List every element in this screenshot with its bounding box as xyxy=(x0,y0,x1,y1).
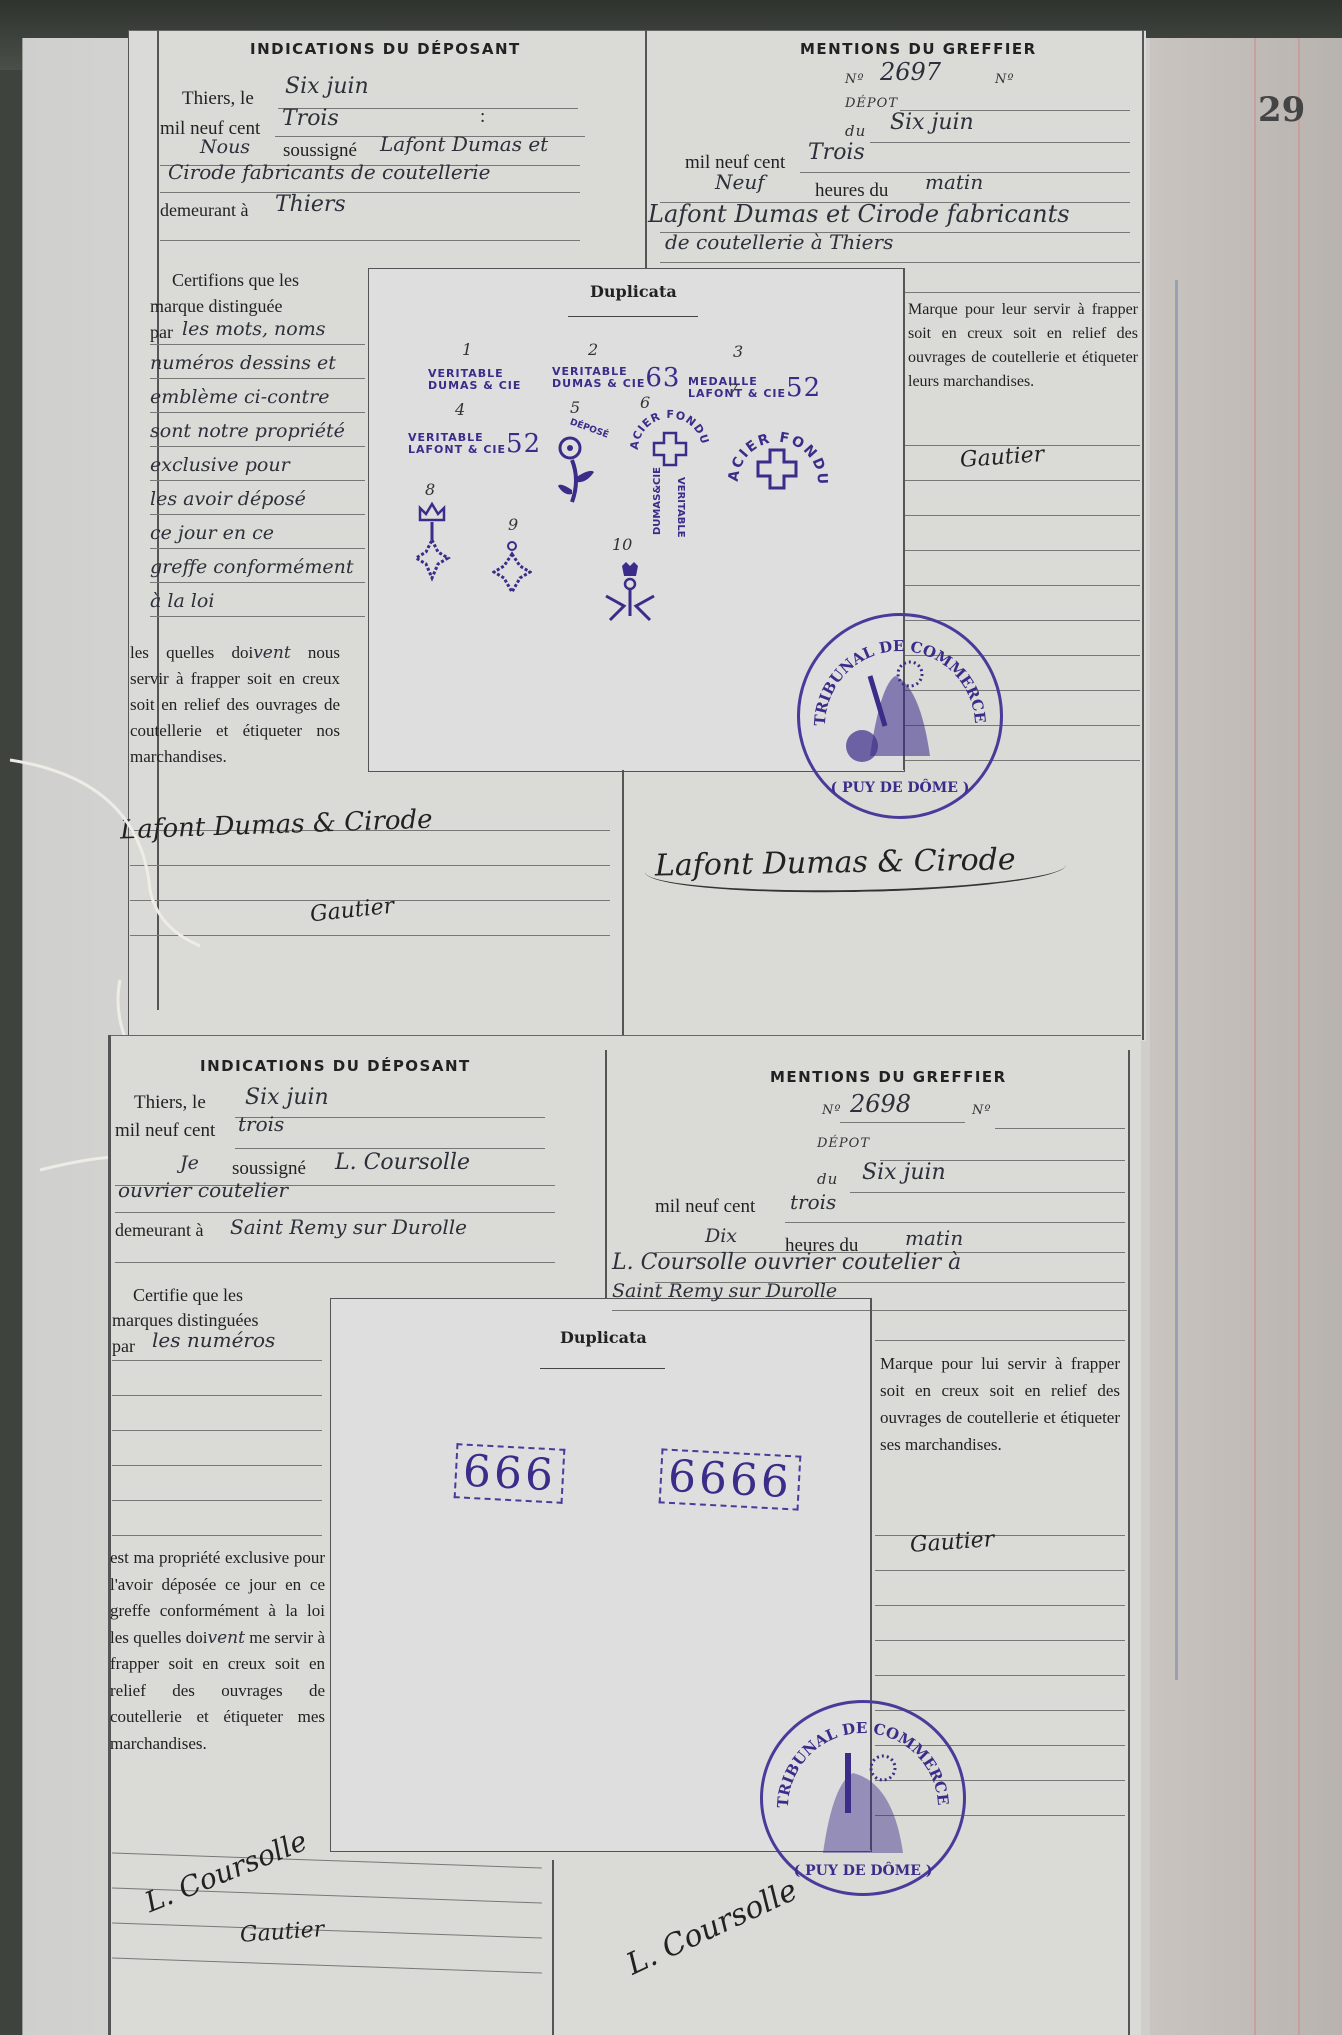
svg-text:ACIER FONDU: ACIER FONDU xyxy=(630,408,710,451)
cross-pendant-icon xyxy=(492,540,532,600)
form-line xyxy=(150,548,365,549)
mark-description: les numéros xyxy=(152,1328,275,1352)
deposit-date: Six juin xyxy=(245,1085,329,1110)
form-line xyxy=(905,480,1140,481)
depot-period: matin xyxy=(925,170,983,194)
certify-line: marque distinguée xyxy=(150,296,282,317)
certify-line: Certifions que les xyxy=(172,270,299,291)
usage-prefix: les quelles doi xyxy=(110,1628,207,1647)
form-line xyxy=(150,378,365,379)
form-line xyxy=(112,1535,322,1536)
form-line xyxy=(150,344,365,345)
form-line xyxy=(905,515,1140,516)
mark-stamp-4: VERITABLELAFONT & CIE52 xyxy=(408,432,541,456)
mark-number: 4 xyxy=(455,400,465,419)
duplicata-title: Duplicata xyxy=(590,282,677,301)
deposit-number: 2697 xyxy=(880,58,941,86)
form-line xyxy=(905,585,1140,586)
number-stamp: 666 xyxy=(454,1443,566,1504)
flower-emblem-icon: DÉPOSÉ xyxy=(550,410,610,505)
certify-line: Certifie que les xyxy=(133,1285,243,1306)
mark-number: 5 xyxy=(570,398,580,417)
form-line xyxy=(160,240,580,241)
column-rule xyxy=(552,1860,554,2035)
column-rule xyxy=(1128,1050,1130,2035)
form-line xyxy=(235,1148,545,1149)
usage-text: est ma propriété exclusive pour l'avoir … xyxy=(110,1548,325,1620)
duplicata-title: Duplicata xyxy=(560,1328,647,1347)
number-label: Nº xyxy=(822,1103,842,1118)
deposit-number: 2698 xyxy=(850,1090,911,1118)
crown-cross-icon xyxy=(412,500,452,585)
form-line xyxy=(995,1128,1125,1129)
mark-number: 6 xyxy=(640,393,650,412)
mark-stamp-3: MEDAILLELAFONT & CIE52 xyxy=(688,376,821,400)
signed-label: soussigné xyxy=(232,1158,306,1180)
du-label: du xyxy=(845,122,866,140)
form-line xyxy=(850,1192,1125,1193)
form-line xyxy=(160,192,580,193)
column-rule xyxy=(645,30,647,270)
depot-hour: Dix xyxy=(705,1225,737,1247)
form-line xyxy=(112,1465,322,1466)
city-label: Thiers, le xyxy=(134,1092,206,1114)
mark-description-line: numéros dessins et xyxy=(150,352,336,374)
form-line xyxy=(150,412,365,413)
form-line xyxy=(875,1340,1125,1341)
title-rule xyxy=(540,1368,665,1369)
deposit-date: Six juin xyxy=(285,74,369,99)
mark-stamp-1: VERITABLEDUMAS & CIE xyxy=(428,368,521,392)
mark-description-line: greffe conformément xyxy=(150,556,354,578)
mark-description-line: emblème ci-contre xyxy=(150,386,329,408)
svg-text:ACIER FONDU: ACIER FONDU xyxy=(728,430,828,487)
depositor-profession: ouvrier coutelier xyxy=(118,1178,288,1202)
number-label: Nº xyxy=(972,1103,992,1118)
form-line xyxy=(115,1212,555,1213)
svg-text:VERITABLE: VERITABLE xyxy=(675,477,686,538)
residence-label: demeurant à xyxy=(160,200,248,221)
depositor-line: de coutellerie à Thiers xyxy=(665,230,893,254)
deposit-year: trois xyxy=(238,1112,284,1136)
seal-bottom-text: ( PUY DE DÔME ) xyxy=(763,1863,963,1879)
pencil-mark xyxy=(1175,280,1178,1680)
number-stamp: 6666 xyxy=(659,1448,802,1510)
mark-number: 3 xyxy=(733,342,743,361)
depositor-line: Saint Remy sur Durolle xyxy=(612,1280,837,1302)
form-line xyxy=(112,1360,322,1361)
form-line xyxy=(840,1122,965,1123)
depot-hour: Neuf xyxy=(715,170,765,194)
year-label: mil neuf cent xyxy=(115,1120,215,1142)
form-line xyxy=(150,616,365,617)
form-line xyxy=(875,1570,1125,1571)
residence: Thiers xyxy=(275,192,346,217)
mark-stamp-2: VERITABLEDUMAS & CIE63 xyxy=(552,366,680,390)
depositor-line: Lafont Dumas et Cirode fabricants xyxy=(648,200,1070,228)
purpose-text: Marque pour lui servir à frapper soit en… xyxy=(880,1350,1120,1458)
greffier-heading: MENTIONS DU GREFFIER xyxy=(800,40,1037,58)
depot-year: Trois xyxy=(808,140,865,165)
form-line xyxy=(115,1262,555,1263)
seal-bottom-text: ( PUY DE DÔME ) xyxy=(800,780,1000,796)
signed-label: soussigné xyxy=(283,140,357,162)
pronoun: Nous xyxy=(200,136,250,158)
column-rule xyxy=(108,1035,110,2035)
margin-rule xyxy=(1254,38,1256,2035)
depot-period: matin xyxy=(905,1226,963,1250)
acier-fondu-stamp-icon: ACIER FONDU VERITABLE DUMAS&CIE xyxy=(630,405,710,540)
form-line xyxy=(785,1222,1125,1223)
mark-number: 7 xyxy=(728,380,738,399)
purpose-text: Marque pour leur servir à frapper soit e… xyxy=(908,298,1138,394)
greffier-heading: MENTIONS DU GREFFIER xyxy=(770,1068,1007,1086)
hours-label: heures du xyxy=(815,180,888,202)
svg-text:DÉPOSÉ: DÉPOSÉ xyxy=(568,416,610,441)
mark-description-line: ce jour en ce xyxy=(150,522,274,544)
form-line xyxy=(875,1605,1125,1606)
usage-verb: vent xyxy=(207,1628,244,1648)
depot-date: Six juin xyxy=(862,1160,946,1185)
colon: : xyxy=(480,106,485,128)
mark-number: 2 xyxy=(588,340,598,359)
form-line xyxy=(870,142,1130,143)
court-seal: TRIBUNAL DE COMMERCE DE THIERS ( PUY DE … xyxy=(797,613,1003,819)
form-line xyxy=(150,514,365,515)
deposant-heading: INDICATIONS DU DÉPOSANT xyxy=(250,40,521,58)
certify-line: par xyxy=(112,1336,135,1357)
mark-description-line: sont notre propriété xyxy=(150,420,345,442)
depot-label: DÉPOT xyxy=(817,1136,870,1151)
number-label: Nº xyxy=(845,72,865,87)
form-line xyxy=(112,1430,322,1431)
depositor-line: L. Coursolle ouvrier coutelier à xyxy=(612,1250,961,1275)
depot-label: DÉPOT xyxy=(845,96,898,111)
form-line xyxy=(130,935,610,936)
form-line xyxy=(875,1675,1125,1676)
margin-rule xyxy=(1298,38,1300,2035)
court-seal: TRIBUNAL DE COMMERCE DE THIERS ( PUY DE … xyxy=(760,1700,966,1896)
du-label: du xyxy=(817,1170,838,1188)
form-line xyxy=(112,1500,322,1501)
usage-verb: vent xyxy=(253,643,290,663)
column-rule xyxy=(1142,30,1144,1040)
depositor-name: Lafont Dumas et xyxy=(380,132,548,156)
acier-fondu-cross-icon: ACIER FONDU xyxy=(728,410,828,500)
mark-number: 10 xyxy=(612,535,632,554)
depot-year: trois xyxy=(790,1190,836,1214)
depositor-profession: Cirode fabricants de coutellerie xyxy=(168,160,490,184)
mark-description-line: exclusive pour xyxy=(150,454,290,476)
ledger-margin xyxy=(1150,38,1342,2035)
title-rule xyxy=(568,316,698,317)
form-line xyxy=(660,262,1140,263)
form-line xyxy=(150,582,365,583)
svg-text:DUMAS&CIE: DUMAS&CIE xyxy=(652,467,663,535)
form-line xyxy=(130,865,610,866)
residence: Saint Remy sur Durolle xyxy=(230,1215,467,1239)
medal-emblem-icon xyxy=(600,560,660,625)
form-line xyxy=(875,1640,1125,1641)
column-rule xyxy=(622,770,624,1035)
residence-label: demeurant à xyxy=(115,1220,203,1241)
depositor-name: L. Coursolle xyxy=(335,1150,470,1175)
year-label: mil neuf cent xyxy=(655,1196,755,1218)
form-line xyxy=(112,1395,322,1396)
form-line xyxy=(905,550,1140,551)
mark-description-line: à la loi xyxy=(150,590,214,612)
form-line xyxy=(905,292,1140,293)
number-label: Nº xyxy=(995,72,1015,87)
usage-clause: est ma propriété exclusive pour l'avoir … xyxy=(110,1545,325,1757)
page-number: 29 xyxy=(1258,90,1305,130)
city-label: Thiers, le xyxy=(182,88,254,110)
form-line xyxy=(150,446,365,447)
depot-date: Six juin xyxy=(890,110,974,135)
mark-description-line: les mots, noms xyxy=(182,318,325,340)
deposit-year: Trois xyxy=(282,106,339,131)
mark-description-line: les avoir déposé xyxy=(150,488,306,510)
deposant-heading: INDICATIONS DU DÉPOSANT xyxy=(200,1057,471,1075)
column-rule xyxy=(605,1050,607,1310)
pronoun: Je xyxy=(180,1152,199,1174)
form-line xyxy=(150,480,365,481)
mark-number: 1 xyxy=(462,340,472,359)
mark-number: 9 xyxy=(508,515,518,534)
usage-prefix: les quelles doi xyxy=(130,643,253,662)
mark-number: 8 xyxy=(425,480,435,499)
certify-line: par xyxy=(150,322,173,343)
